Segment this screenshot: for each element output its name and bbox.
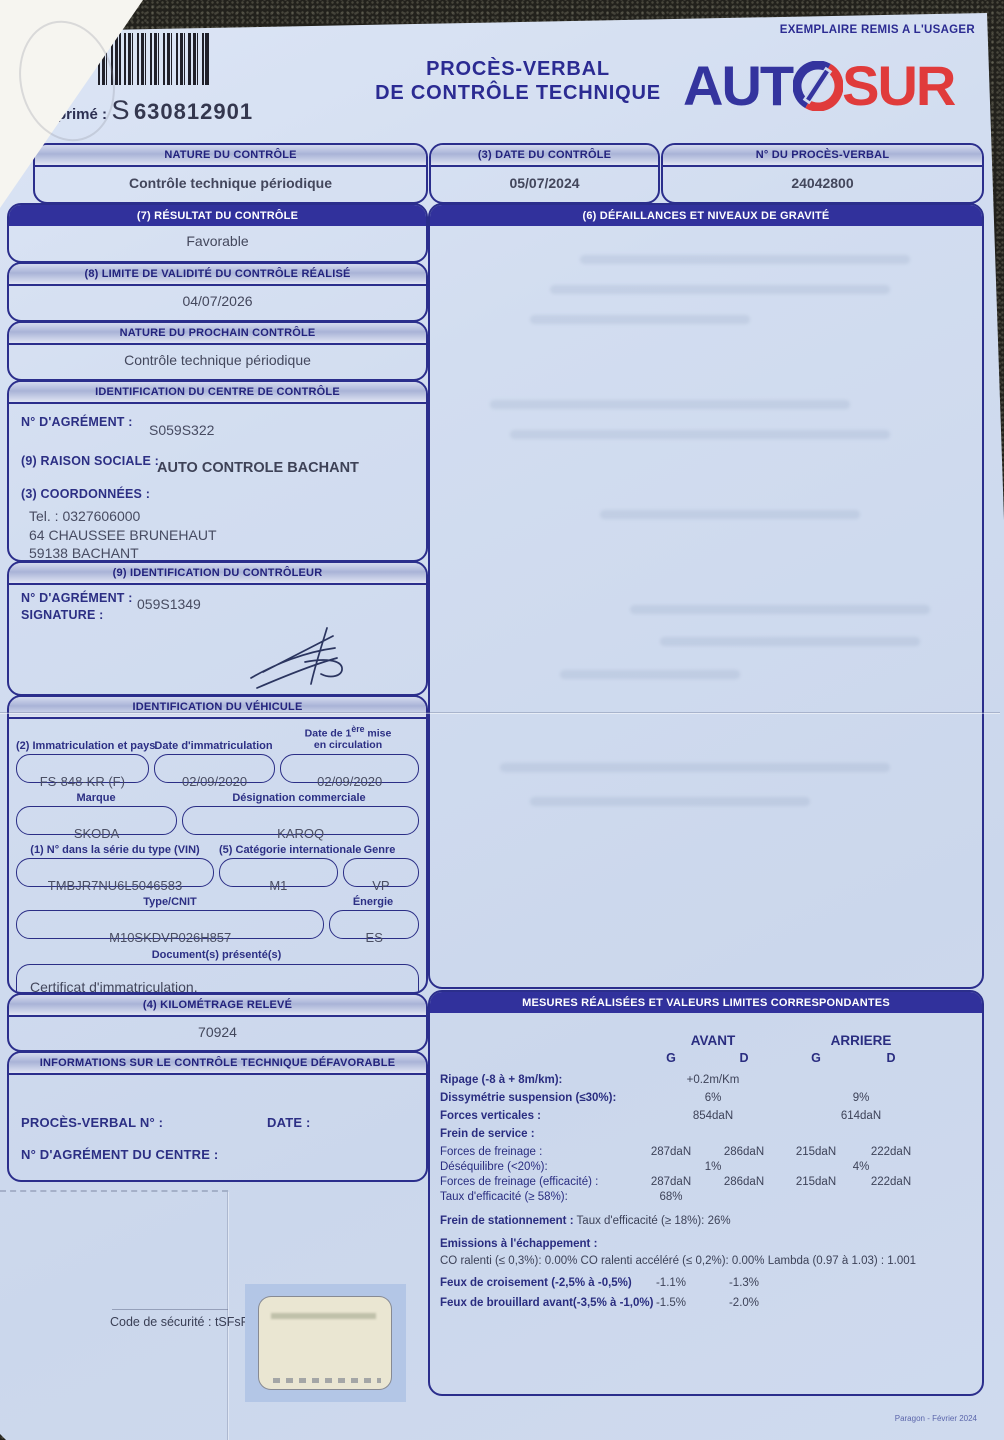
controleur-agrement-value: 059S1349 — [137, 596, 201, 612]
prochain-controle-value: Contrôle technique périodique — [9, 345, 426, 375]
kilometrage-value: 70924 — [9, 1017, 426, 1046]
autosur-logo: AUT SUR — [683, 53, 954, 118]
telephone-value: Tel. : 0327606000 — [29, 508, 140, 524]
ink-bleed — [600, 510, 860, 519]
immat-label: (2) Immatriculation et pays — [16, 740, 148, 752]
section-kilometrage: (4) KILOMÉTRAGE RELEVÉ 70924 — [7, 993, 428, 1052]
section-mesures: MESURES RÉALISÉES ET VALEURS LIMITES COR… — [428, 990, 984, 1396]
date-immat-field: 02/09/2020 — [154, 754, 276, 783]
address-line1: 64 CHAUSSEE BRUNEHAUT — [29, 527, 217, 543]
section-centre-controle: IDENTIFICATION DU CENTRE DE CONTRÔLE N° … — [7, 380, 428, 562]
marque-label: Marque — [16, 792, 176, 804]
section-header: (3) DATE DU CONTRÔLE — [431, 145, 658, 167]
measure-row: Taux d'efficacité (≥ 58%): 68% — [440, 1191, 974, 1203]
section-header: INFORMATIONS SUR LE CONTRÔLE TECHNIQUE D… — [9, 1053, 426, 1075]
fold-crease-horizontal — [0, 712, 1000, 713]
copy-label: EXEMPLAIRE REMIS A L'USAGER — [780, 24, 975, 36]
section-header: (7) RÉSULTAT DU CONTRÔLE — [9, 205, 426, 226]
section-date-controle: (3) DATE DU CONTRÔLE 05/07/2024 — [429, 143, 660, 204]
ink-bleed — [510, 430, 890, 439]
categorie-field: M1 — [219, 858, 338, 887]
ink-bleed — [560, 670, 740, 679]
ink-bleed — [580, 255, 910, 264]
printer-footer: Paragon - Février 2024 — [895, 1414, 977, 1423]
section-header: (8) LIMITE DE VALIDITÉ DU CONTRÔLE RÉALI… — [9, 264, 426, 286]
security-code: Code de sécurité : tSFsFpC — [110, 1315, 264, 1329]
agrement-label: N° D'AGRÉMENT : — [21, 415, 133, 429]
date-circulation-label: Date de 1ère mise en circulation — [279, 724, 417, 752]
energie-field: ES — [329, 910, 419, 939]
measure-row: Dissymétrie suspension (≤30%): 6% 9% — [440, 1092, 974, 1104]
faded-print — [271, 1313, 376, 1319]
raison-sociale-value: AUTO CONTROLE BACHANT — [157, 460, 359, 476]
measure-row: Frein de stationnement : Taux d'efficaci… — [440, 1215, 974, 1227]
section-header: (9) IDENTIFICATION DU CONTRÔLEUR — [9, 563, 426, 585]
section-vehicule: IDENTIFICATION DU VÉHICULE (2) Immatricu… — [7, 695, 428, 994]
designation-label: Désignation commerciale — [181, 792, 417, 804]
defav-date-label: DATE : — [267, 1115, 311, 1130]
signature-icon — [241, 622, 371, 694]
vin-label: (1) N° dans la série du type (VIN) — [16, 844, 214, 856]
type-cnit-field: M10SKDVP026H857 — [16, 910, 324, 939]
nature-controle-value: Contrôle technique périodique — [35, 167, 426, 198]
document-title: PROCÈS-VERBAL DE CONTRÔLE TECHNIQUE — [368, 57, 668, 105]
section-numero-pv: N° DU PROCÈS-VERBAL 24042800 — [661, 143, 984, 204]
ink-bleed — [660, 637, 920, 646]
controleur-agrement-label: N° D'AGRÉMENT : — [21, 591, 133, 605]
logo-text-blue: AUT — [683, 53, 792, 118]
section-header: N° DU PROCÈS-VERBAL — [663, 145, 982, 167]
raison-sociale-label: (9) RAISON SOCIALE : — [21, 454, 159, 468]
measure-row: Forces verticales : 854daN 614daN — [440, 1110, 974, 1122]
documents-label: Document(s) présenté(s) — [16, 949, 417, 961]
vin-field: TMBJR7NU6L5046583 — [16, 858, 214, 887]
print-digits: 630812901 — [134, 99, 253, 124]
faded-print — [273, 1378, 381, 1383]
ink-bleed — [530, 315, 750, 324]
measures-table: AVANT ARRIERE G D G D Ripage (-8 à + 8m/… — [430, 1013, 982, 1309]
numero-pv-value: 24042800 — [663, 167, 982, 198]
marque-field: SKODA — [16, 806, 177, 835]
vignette-sticker-area — [245, 1284, 406, 1402]
categorie-label: (5) Catégorie internationale — [219, 844, 337, 856]
ink-bleed — [550, 285, 890, 294]
type-cnit-label: Type/CNIT — [16, 896, 324, 908]
date-controle-value: 05/07/2024 — [431, 167, 658, 198]
genre-label: Genre — [342, 844, 417, 856]
autosur-o-icon — [793, 61, 843, 111]
section-controleur: (9) IDENTIFICATION DU CONTRÔLEUR N° D'AG… — [7, 561, 428, 696]
limite-validite-value: 04/07/2026 — [9, 286, 426, 316]
measure-row: Forces de freinage (efficacité) : 287daN… — [440, 1176, 974, 1188]
measure-column-header: G D G D — [440, 1051, 974, 1065]
measure-row: Ripage (-8 à + 8m/km): +0.2m/Km — [440, 1074, 974, 1086]
documents-field: Certificat d'immatriculation. — [16, 964, 419, 995]
defav-pv-label: PROCÈS-VERBAL N° : — [21, 1115, 163, 1130]
section-header: MESURES RÉALISÉES ET VALEURS LIMITES COR… — [430, 992, 982, 1013]
resultat-value: Favorable — [9, 226, 426, 256]
logo-text-red: SUR — [842, 53, 954, 118]
section-controle-defavorable: INFORMATIONS SUR LE CONTRÔLE TECHNIQUE D… — [7, 1051, 428, 1182]
signature-label: SIGNATURE : — [21, 608, 104, 622]
section-defaillances: (6) DÉFAILLANCES ET NIVEAUX DE GRAVITÉ — [428, 203, 984, 989]
divider-line — [112, 1309, 228, 1310]
section-header: (6) DÉFAILLANCES ET NIVEAUX DE GRAVITÉ — [430, 205, 982, 226]
vignette-sticker — [258, 1296, 392, 1390]
measure-row: Feux de brouillard avant(-3,5% à -1,0%) … — [440, 1297, 974, 1309]
section-header: NATURE DU CONTRÔLE — [35, 145, 426, 167]
title-line2: DE CONTRÔLE TECHNIQUE — [368, 81, 668, 105]
coordonnees-label: (3) COORDONNÉES : — [21, 487, 150, 501]
defav-agrement-label: N° D'AGRÉMENT DU CENTRE : — [21, 1147, 218, 1162]
measure-row: Frein de service : — [440, 1128, 974, 1140]
address-line2: 59138 BACHANT — [29, 545, 139, 561]
measure-row: Déséquilibre (<20%): 1% 4% — [440, 1161, 974, 1173]
section-header: NATURE DU PROCHAIN CONTRÔLE — [9, 323, 426, 345]
scanned-inspection-report: primé : S 630812901 PROCÈS-VERBAL DE CON… — [0, 0, 1004, 1440]
measure-group-header: AVANT ARRIERE — [440, 1033, 974, 1048]
measure-row: CO ralenti (≤ 0,3%): 0.00% CO ralenti ac… — [440, 1255, 974, 1267]
ink-bleed — [490, 400, 850, 409]
date-circulation-field: 02/09/2020 — [280, 754, 419, 783]
ink-bleed — [500, 763, 890, 772]
section-nature-controle: NATURE DU CONTRÔLE Contrôle technique pé… — [33, 143, 428, 204]
designation-field: KAROQ — [182, 806, 419, 835]
section-header: IDENTIFICATION DU CENTRE DE CONTRÔLE — [9, 382, 426, 404]
section-header: (4) KILOMÉTRAGE RELEVÉ — [9, 995, 426, 1017]
genre-field: VP — [343, 858, 419, 887]
ink-bleed — [530, 797, 810, 806]
energie-label: Énergie — [329, 896, 417, 908]
agrement-value: S059S322 — [149, 422, 214, 438]
section-prochain-controle: NATURE DU PROCHAIN CONTRÔLE Contrôle tec… — [7, 321, 428, 381]
ink-bleed — [630, 605, 930, 614]
immat-field: FS-848-KR (F) — [16, 754, 149, 783]
measure-row: Forces de freinage : 287daN 286daN 215da… — [440, 1146, 974, 1158]
measure-row: Emissions à l'échappement : — [440, 1238, 974, 1250]
section-limite-validite: (8) LIMITE DE VALIDITÉ DU CONTRÔLE RÉALI… — [7, 262, 428, 322]
date-immat-label: Date d'immatriculation — [153, 740, 274, 752]
paper-sheet: primé : S 630812901 PROCÈS-VERBAL DE CON… — [0, 0, 1004, 1440]
title-line1: PROCÈS-VERBAL — [368, 57, 668, 81]
section-header: IDENTIFICATION DU VÉHICULE — [9, 697, 426, 719]
measure-row: Feux de croisement (-2,5% à -0,5%) -1.1%… — [440, 1277, 974, 1289]
section-resultat: (7) RÉSULTAT DU CONTRÔLE Favorable — [7, 203, 428, 263]
peel-label-edge — [0, 1190, 228, 1192]
